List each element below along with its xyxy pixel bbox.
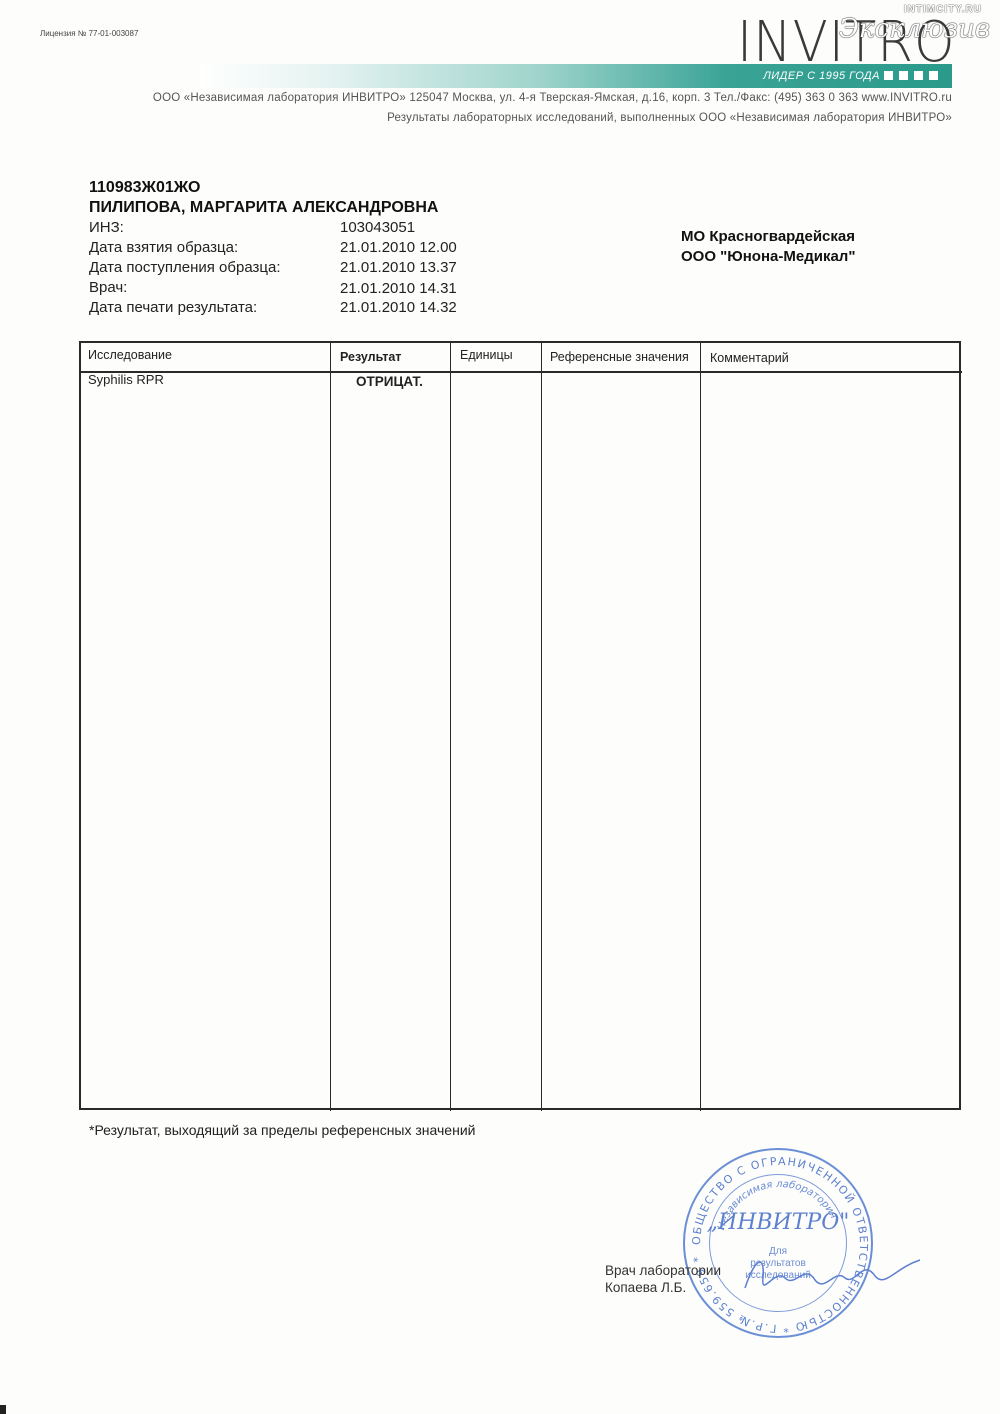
company-address: ООО «Независимая лаборатория ИНВИТРО» 12… xyxy=(153,92,952,104)
document-subtitle: Результаты лабораторных исследований, вы… xyxy=(387,112,952,124)
results-table xyxy=(79,341,961,1110)
field-label-print-date: Дата печати результата: xyxy=(89,299,257,316)
stamp-center-text: „ИНВИТРО" xyxy=(685,1210,871,1235)
license-number: Лицензия № 77-01-003087 xyxy=(40,29,138,38)
field-label-sample-date: Дата взятия образца: xyxy=(89,239,238,256)
field-value-doctor: 21.01.2010 14.31 xyxy=(340,280,457,297)
footnote: *Результат, выходящий за пределы референ… xyxy=(89,1122,475,1138)
watermark-script: Эксклюзив xyxy=(839,14,990,44)
column-divider xyxy=(541,341,542,1111)
field-label-received-date: Дата поступления образца: xyxy=(89,259,280,276)
lab-stamp: ОБЩЕСТВО С ОГРАНИЧЕННОЙ ОТВЕТСТВЕННОСТЬЮ… xyxy=(683,1148,873,1338)
slogan-squares-icon xyxy=(884,71,938,80)
column-divider xyxy=(330,341,331,1111)
signature-scribble-icon xyxy=(735,1248,925,1308)
field-label-doctor: Врач: xyxy=(89,279,127,296)
order-id: 110983Ж01ЖО xyxy=(89,179,200,197)
cell-result: ОТРИЦАТ. xyxy=(356,374,423,389)
field-value-sample-date: 21.01.2010 12.00 xyxy=(340,239,457,256)
doctor-name: Копаева Л.Б. xyxy=(605,1280,686,1295)
field-value-inz: 103043051 xyxy=(340,219,415,236)
column-header-result: Результат xyxy=(340,350,401,364)
column-header-test: Исследование xyxy=(88,348,172,362)
table-header-divider xyxy=(79,371,962,373)
cell-test: Syphilis RPR xyxy=(88,372,164,387)
column-divider xyxy=(700,341,701,1111)
scan-corner-mark xyxy=(0,1405,6,1414)
doctor-title: Врач лаборатории xyxy=(605,1263,721,1278)
column-header-units: Единицы xyxy=(460,348,513,362)
field-value-received-date: 21.01.2010 13.37 xyxy=(340,259,457,276)
field-value-print-date: 21.01.2010 14.32 xyxy=(340,299,457,316)
clinic-line-2: ООО "Юнона-Медикал" xyxy=(681,248,855,265)
patient-name: ПИЛИПОВА, МАРГАРИТА АЛЕКСАНДРОВНА xyxy=(89,199,438,217)
column-header-reference: Референсные значения xyxy=(550,350,689,364)
slogan: ЛИДЕР С 1995 ГОДА xyxy=(763,70,880,82)
field-label-inz: ИНЗ: xyxy=(89,219,124,236)
clinic-line-1: МО Красногвардейская xyxy=(681,228,855,245)
column-divider xyxy=(450,341,451,1111)
column-header-comment: Комментарий xyxy=(710,351,789,365)
